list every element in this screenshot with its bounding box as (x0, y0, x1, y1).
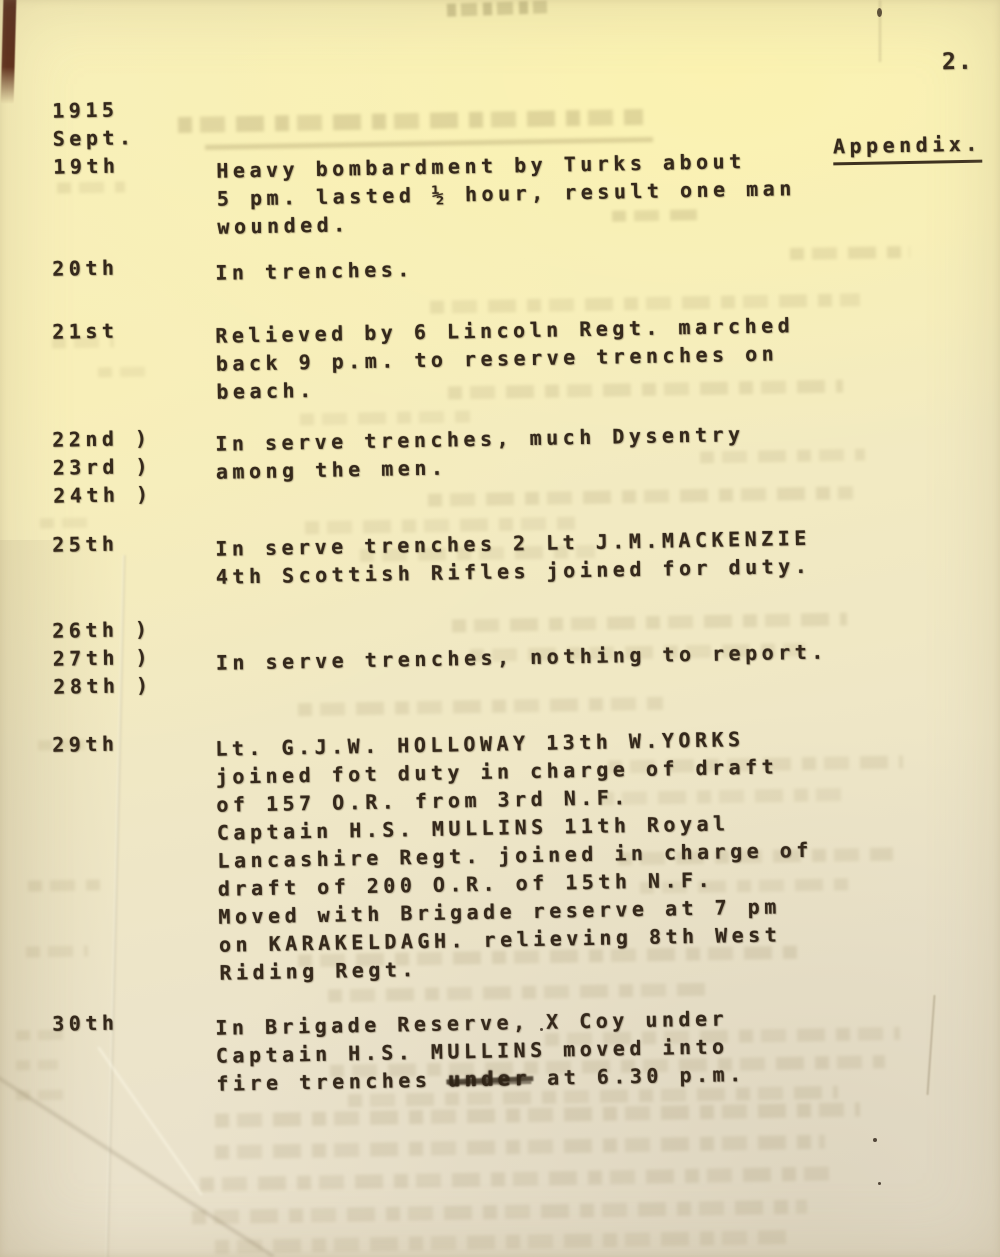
diary-entry: 20thIn trenches. (0, 237, 1000, 290)
entry-text: In serve trenches, nothing to report. (215, 599, 1000, 697)
diary-entry: 30thIn Brigade Reserve, X Coy underCapta… (0, 992, 1000, 1101)
entry-date: 25th (0, 528, 216, 595)
entry-text: In serve trenches, much Dysentryamong th… (215, 408, 1000, 506)
date-label: 30th (52, 1007, 215, 1038)
diary-entry: 25thIn serve trenches 2 Lt J.M.MACKENZIE… (0, 513, 1000, 594)
entry-text-line: In serve trenches, nothing to report. (216, 634, 1000, 676)
bleedthrough-line (215, 1135, 825, 1160)
date-label: 1915 (52, 94, 215, 125)
entry-date: 20th (0, 252, 216, 291)
diary-entry: 29thLt. G.J.W. HOLLOWAY 13th W.YORKSjoin… (0, 713, 1000, 990)
entry-text: In Brigade Reserve, X Coy underCaptain H… (215, 992, 1000, 1097)
diary-entry: 1915Sept.19thHeavy bombardment by Turks … (0, 79, 1000, 244)
text-fragment: at 6.30 p.m. (530, 1062, 745, 1090)
entry-date: 26th )27th )28th ) (0, 614, 217, 702)
faint-watermark (447, 0, 547, 16)
diary-entries: 1915Sept.19thHeavy bombardment by Turks … (0, 97, 1000, 1101)
entry-text: In serve trenches 2 Lt J.M.MACKENZIE4th … (215, 513, 1000, 590)
entry-date: 29th (0, 728, 220, 991)
bleedthrough-line (192, 1200, 807, 1225)
binding-edge-mark (1, 0, 17, 104)
ink-speck (878, 1182, 881, 1185)
ink-speck (873, 1138, 877, 1142)
diary-entry: 26th )27th )28th )In serve trenches, not… (0, 599, 1000, 701)
page-number: 2. (942, 48, 974, 77)
date-label: 25th (52, 528, 215, 559)
entry-text: Relieved by 6 Lincoln Regt. marchedback … (215, 300, 1000, 405)
entry-text-line: In trenches. (215, 244, 1000, 286)
entry-date: 1915Sept.19th (0, 94, 218, 245)
scanned-war-diary-page: 2. Appendix. 1915Sept.19thHeavy bombardm… (0, 0, 1000, 1257)
entry-text: Heavy bombardment by Turks about5 pm. la… (215, 79, 1000, 240)
diary-entry: 22nd )23rd )24th )In serve trenches, muc… (0, 408, 1000, 510)
bleedthrough-line (200, 1167, 830, 1192)
date-label: 29th (52, 728, 215, 759)
diary-entry: 21stRelieved by 6 Lincoln Regt. marchedb… (0, 300, 1000, 409)
date-label: 19th (53, 150, 216, 181)
date-label: 20th (52, 252, 215, 283)
struck-out-word: under (448, 1066, 531, 1092)
ink-speck (877, 8, 882, 17)
date-label: Sept. (53, 122, 216, 153)
date-label: 24th ) (53, 479, 216, 510)
date-label: 21st (52, 315, 215, 346)
date-label: 27th ) (53, 642, 216, 673)
text-fragment: fire trenches (216, 1068, 448, 1096)
entry-text: Lt. G.J.W. HOLLOWAY 13th W.YORKSjoined f… (215, 713, 1000, 986)
entry-date: 22nd )23rd )24th ) (0, 423, 217, 511)
entry-date: 30th (0, 1007, 217, 1102)
bleedthrough-line (215, 1102, 860, 1127)
entry-date: 21st (0, 315, 217, 410)
date-label: 22nd ) (52, 423, 215, 454)
date-label: 26th ) (52, 614, 215, 645)
entry-text: In trenches. (215, 237, 1000, 286)
date-label: 23rd ) (53, 451, 216, 482)
bleedthrough-line (215, 1230, 790, 1254)
date-label: 28th ) (53, 670, 216, 701)
